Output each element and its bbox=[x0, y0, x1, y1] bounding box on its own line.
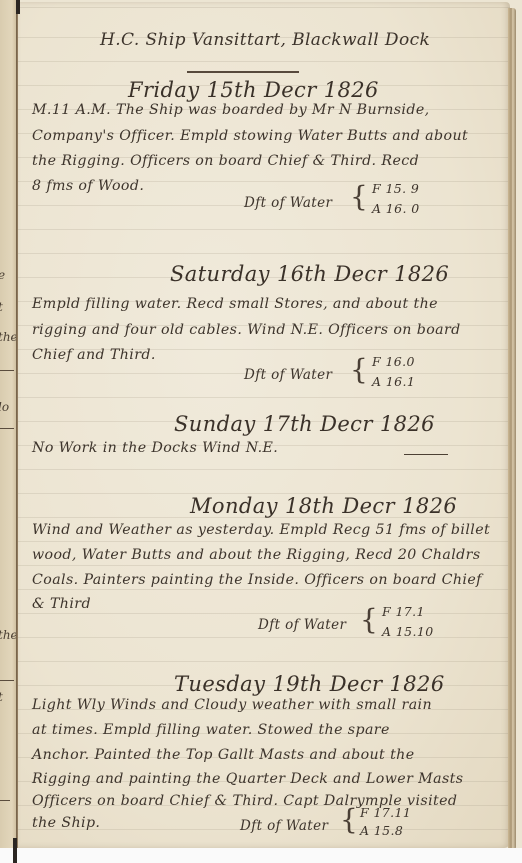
entry-line: Coals. Painters painting the Inside. Off… bbox=[32, 572, 482, 588]
brace-glyph: { bbox=[340, 803, 358, 836]
scan-background bbox=[0, 848, 522, 863]
entry-heading: Tuesday 19th Decr 1826 bbox=[174, 672, 445, 696]
entry-line: Company's Officer. Empld stowing Water B… bbox=[32, 128, 468, 144]
entry-line: at times. Empld filling water. Stowed th… bbox=[32, 722, 390, 738]
left-page-fragment: t bbox=[0, 690, 3, 704]
draft-fore: F 15. 9 bbox=[372, 181, 419, 196]
entry-line: Light Wly Winds and Cloudy weather with … bbox=[32, 697, 432, 713]
entry-line: Empld filling water. Recd small Stores, … bbox=[32, 296, 438, 312]
line-filler-dash bbox=[404, 454, 448, 455]
entry-line: the Rigging. Officers on board Chief & T… bbox=[32, 153, 419, 169]
left-page-rule bbox=[0, 428, 14, 429]
draft-aft: A 15.8 bbox=[360, 823, 403, 838]
draft-label: Dft of Water bbox=[258, 617, 346, 633]
left-page-rule bbox=[0, 680, 14, 681]
page-edge bbox=[508, 8, 516, 850]
entry-line: Rigging and painting the Quarter Deck an… bbox=[32, 771, 463, 787]
entry-line: Chief and Third. bbox=[32, 347, 156, 363]
book-spine bbox=[16, 0, 18, 863]
brace-glyph: { bbox=[350, 180, 368, 213]
entry-heading: Monday 18th Decr 1826 bbox=[190, 494, 457, 518]
draft-aft: A 16.1 bbox=[372, 374, 415, 389]
draft-fore: F 16.0 bbox=[372, 354, 415, 369]
entry-line: wood, Water Butts and about the Rigging,… bbox=[32, 547, 481, 563]
left-page-rule bbox=[0, 800, 10, 801]
entry-line: the Ship. bbox=[32, 815, 100, 831]
entry-line: & Third bbox=[32, 596, 91, 612]
left-page-fragment: t bbox=[0, 300, 3, 314]
left-page-fragment: the bbox=[0, 330, 17, 344]
left-page-rule bbox=[0, 370, 14, 371]
brace-glyph: { bbox=[360, 603, 378, 636]
left-page-strip: e t the lo the t bbox=[0, 0, 17, 863]
entry-line: Anchor. Painted the Top Gallt Masts and … bbox=[32, 747, 415, 763]
entry-heading: Sunday 17th Decr 1826 bbox=[174, 412, 435, 436]
entry-heading: Friday 15th Decr 1826 bbox=[128, 78, 379, 102]
left-page-fragment: e bbox=[0, 268, 5, 282]
entry-line: No Work in the Docks Wind N.E. bbox=[32, 440, 278, 456]
draft-aft: A 16. 0 bbox=[372, 201, 420, 216]
bookmark-ribbon-bottom bbox=[13, 838, 17, 863]
entry-line: 8 fms of Wood. bbox=[32, 178, 144, 194]
draft-aft: A 15.10 bbox=[382, 624, 434, 639]
entry-line: Wind and Weather as yesterday. Empld Rec… bbox=[32, 522, 490, 538]
page-title: H.C. Ship Vansittart, Blackwall Dock bbox=[100, 30, 430, 50]
title-underline bbox=[187, 71, 299, 73]
bookmark-ribbon-top bbox=[16, 0, 20, 14]
draft-label: Dft of Water bbox=[244, 195, 332, 211]
draft-fore: F 17.1 bbox=[382, 604, 425, 619]
draft-label: Dft of Water bbox=[240, 818, 328, 834]
left-page-fragment: lo bbox=[0, 400, 9, 414]
draft-fore: F 17.11 bbox=[360, 805, 411, 820]
draft-label: Dft of Water bbox=[244, 367, 332, 383]
brace-glyph: { bbox=[350, 353, 368, 386]
entry-heading: Saturday 16th Decr 1826 bbox=[170, 262, 449, 286]
entry-line: rigging and four old cables. Wind N.E. O… bbox=[32, 322, 461, 338]
entry-line: M.11 A.M. The Ship was boarded by Mr N B… bbox=[32, 102, 430, 118]
left-page-fragment: the bbox=[0, 628, 17, 642]
